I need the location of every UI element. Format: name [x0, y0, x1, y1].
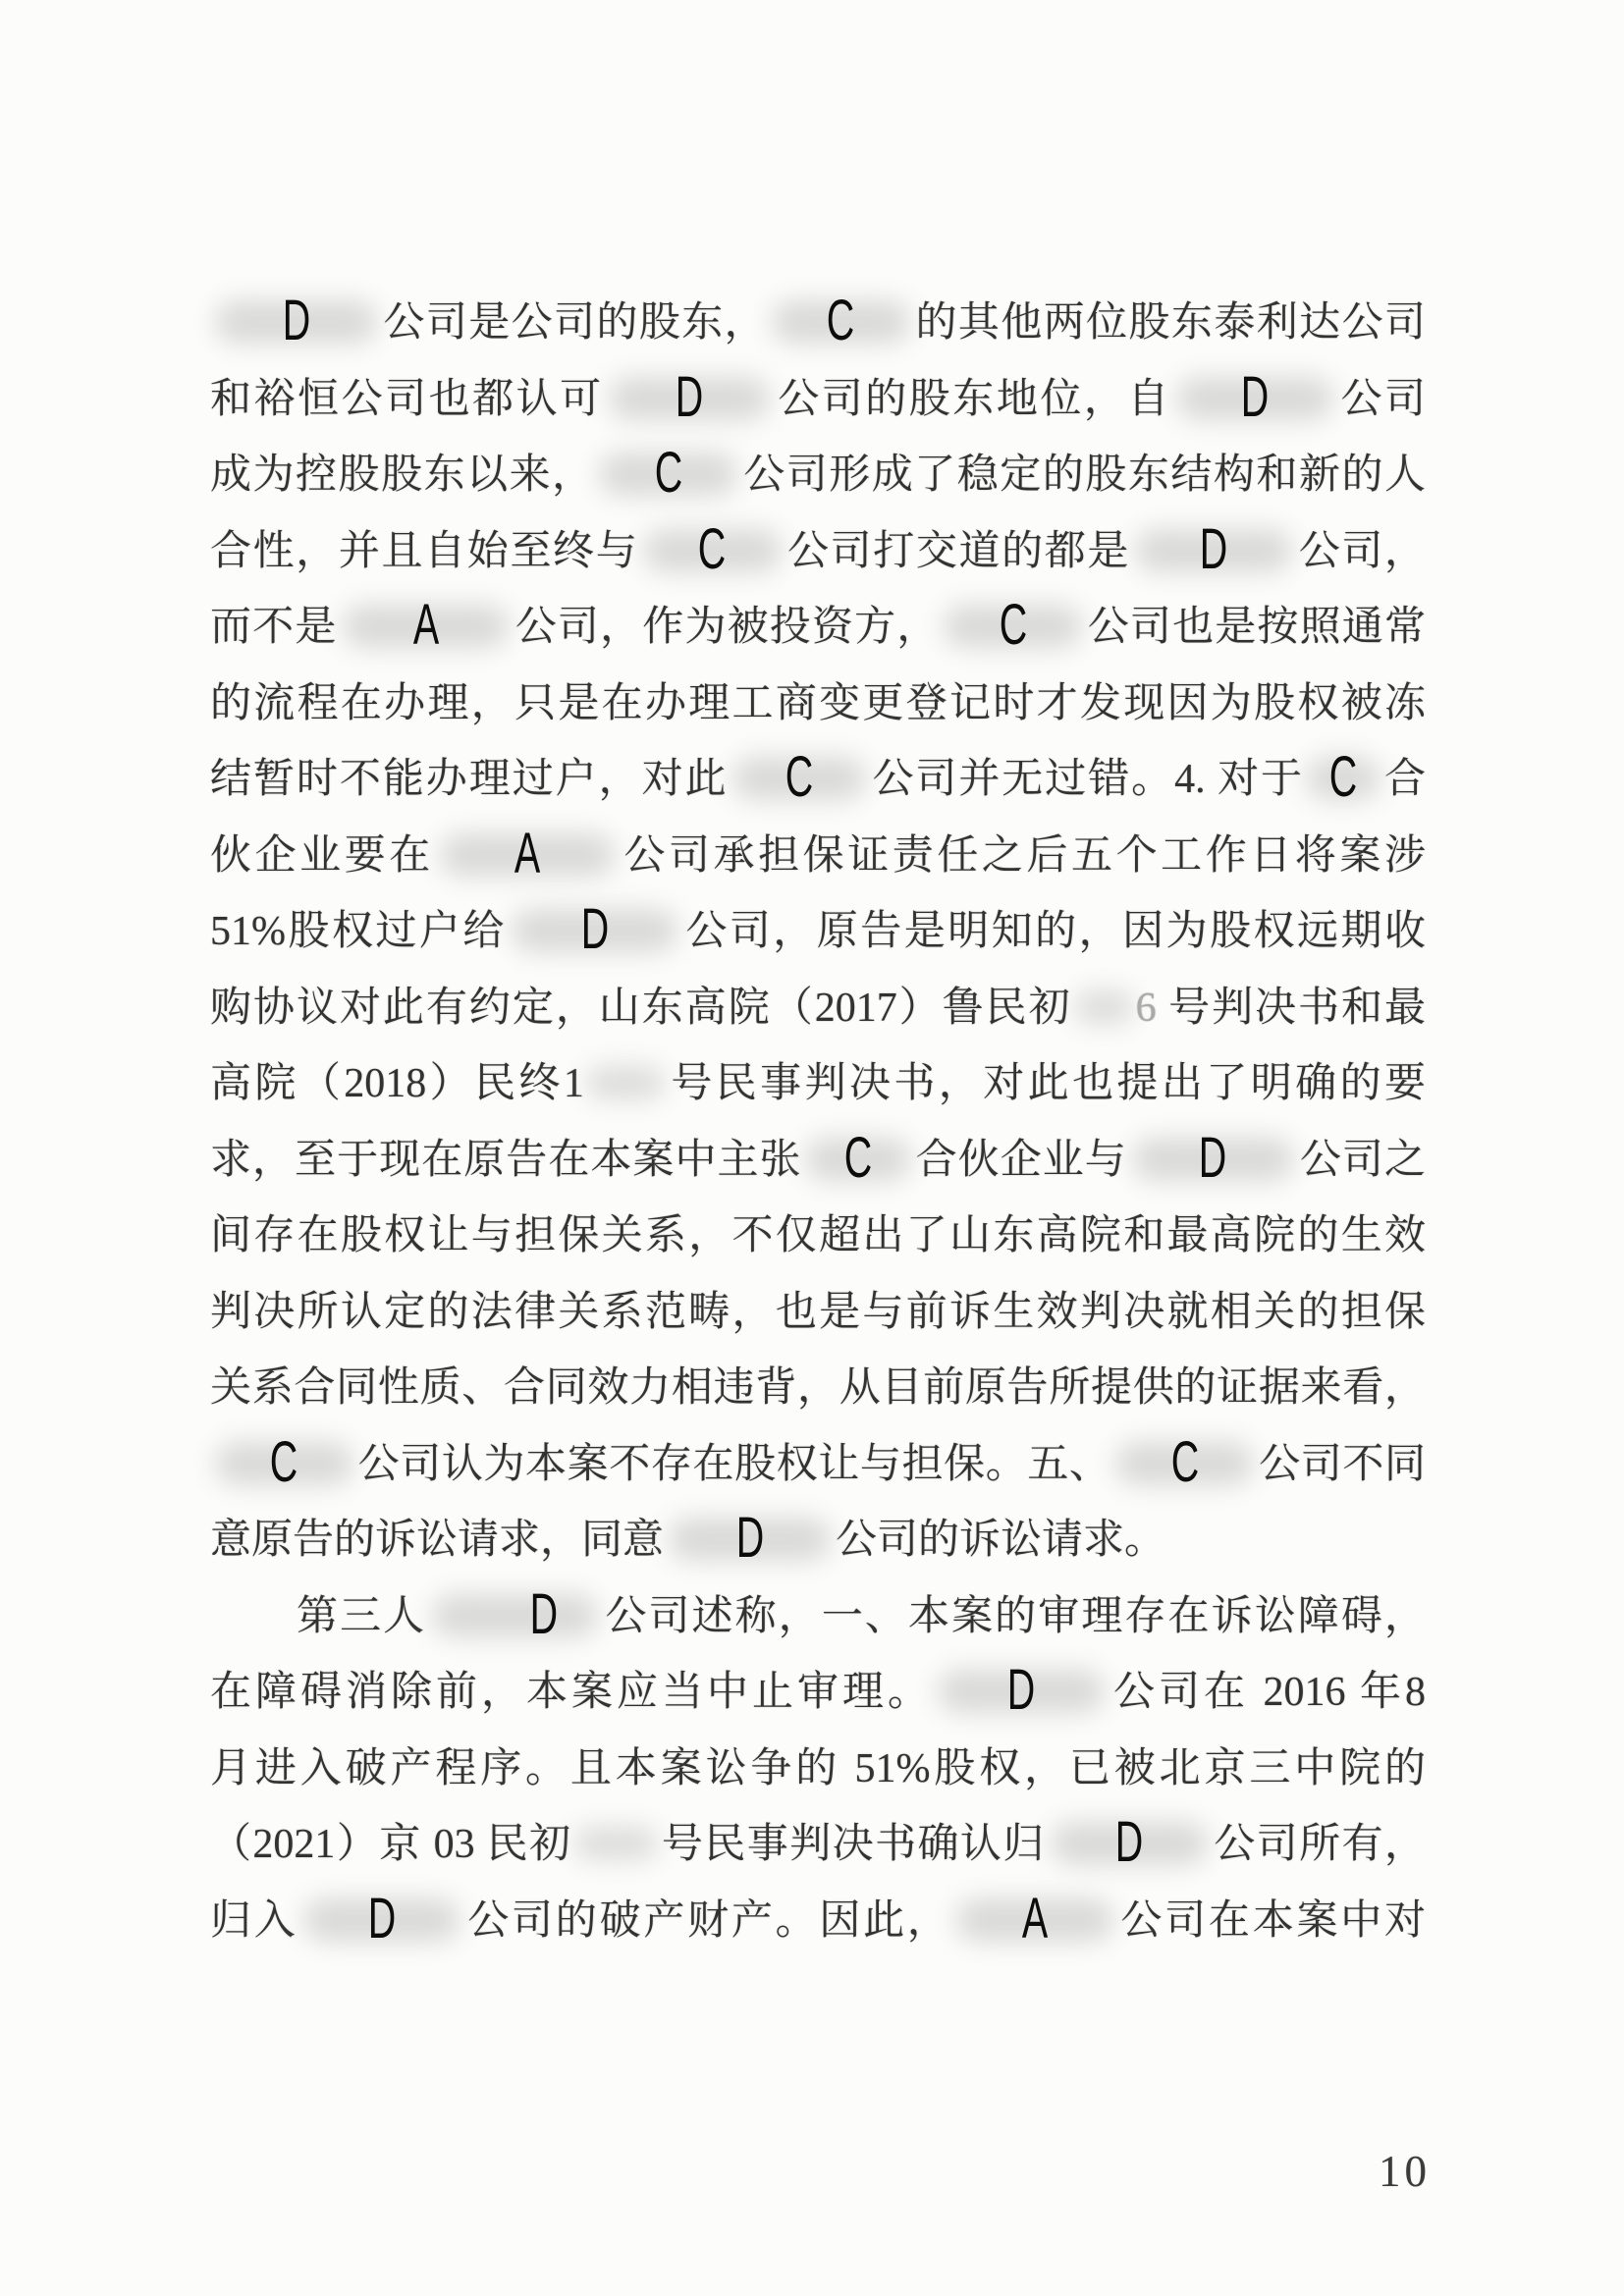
redaction-mark: C: [595, 446, 742, 503]
redaction-mark: D: [1171, 370, 1338, 427]
redaction-mark: D: [426, 1587, 603, 1644]
text-line: D公司是公司的股东，C的其他两位股东泰利达公司: [210, 286, 1426, 362]
redaction-mark: C: [767, 294, 914, 350]
text-run: 合伙企业与: [915, 1138, 1127, 1183]
text-line: 归入D公司的破产财产。因此，A公司在本案中对: [210, 1884, 1426, 1960]
redaction-letter: D: [581, 901, 609, 958]
text-run: 公司的股东地位，自: [776, 377, 1171, 422]
redaction-letter: A: [514, 826, 540, 882]
text-line: 而不是A公司，作为被投资方，C公司也是按照通常: [210, 590, 1426, 667]
redaction-letter: D: [1115, 1814, 1143, 1871]
redaction-mark: A: [951, 1892, 1118, 1949]
redaction-letter: C: [827, 293, 854, 349]
text-line: （2021）京 03 民初号民事判决书确认归D公司所有，: [210, 1807, 1426, 1884]
text-line: 间存在股权让与担保关系，不仅超出了山东高院和最高院的生效: [210, 1199, 1426, 1275]
document-body: D公司是公司的股东，C的其他两位股东泰利达公司和裕恒公司也都认可D公司的股东地位…: [210, 286, 1426, 1959]
text-run: 的流程在办理，只是在办理工商变更登记时才发现因为股权被冻: [210, 681, 1426, 726]
redaction-mark: D: [1130, 522, 1297, 579]
redaction-letter: C: [1329, 749, 1357, 806]
text-run: 意原告的诉讼请求，同意: [210, 1518, 664, 1563]
redaction-letter: D: [735, 1510, 763, 1567]
redaction-mark: D: [298, 1892, 465, 1949]
text-line: 求，至于现在原告在本案中主张C合伙企业与D公司之: [210, 1123, 1426, 1200]
text-run: 公司形成了稳定的股东结构和新的人: [742, 453, 1426, 498]
text-run: 号判决书和最: [1157, 986, 1426, 1031]
redaction-mark: C: [638, 522, 785, 579]
redaction-mark: D: [1046, 1815, 1213, 1872]
text-line: 在障碍消除前，本案应当中止审理。D公司在 2016 年8: [210, 1655, 1426, 1732]
text-line: 关系合同性质、合同效力相违背，从目前原告所提供的证据来看，: [210, 1351, 1426, 1427]
faint-digit: 6: [1136, 986, 1157, 1031]
redaction-letter: D: [1241, 369, 1269, 426]
text-run: 公司，作为被投资方，: [514, 605, 940, 650]
text-run: 合性，并且自始至终与: [210, 529, 638, 574]
text-line: 结暂时不能办理过户，对此C公司并无过错。4. 对于C合: [210, 742, 1426, 819]
text-run: 公司也是按照通常: [1087, 605, 1426, 650]
redaction-letter: C: [1170, 1434, 1198, 1491]
text-run: 公司认为本案不存在股权让与担保。五、: [357, 1442, 1111, 1487]
text-run: 号民事判决书，对此也提出了明确的要: [668, 1061, 1426, 1106]
text-run: 间存在股权让与担保关系，不仅超出了山东高院和最高院的生效: [210, 1213, 1426, 1258]
text-run: 号民事判决书确认归: [660, 1822, 1045, 1867]
text-run: 公司不同: [1259, 1442, 1426, 1487]
redaction-blur: [571, 1815, 660, 1872]
redaction-letter: D: [676, 369, 703, 426]
text-run: 公司的诉讼请求。: [836, 1518, 1165, 1563]
text-run: 51%股权过户给: [210, 909, 507, 954]
scanned-page: D公司是公司的股东，C的其他两位股东泰利达公司和裕恒公司也都认可D公司的股东地位…: [0, 0, 1624, 2296]
redaction-mark: D: [507, 902, 683, 959]
text-run: 公司在本案中对: [1118, 1898, 1426, 1944]
text-run: 公司: [1338, 377, 1426, 422]
text-line: 意原告的诉讼请求，同意D公司的诉讼请求。: [210, 1503, 1426, 1579]
redaction-mark: C: [1111, 1435, 1259, 1492]
text-run: 而不是: [210, 605, 338, 650]
text-run: 公司述称，一、本案的审理存在诉讼障碍，: [603, 1594, 1426, 1639]
text-run: 关系合同性质、合同效力相违背，从目前原告所提供的证据来看，: [210, 1365, 1426, 1411]
text-run: 和裕恒公司也都认可: [210, 377, 604, 422]
blur-smudge: [586, 1066, 665, 1099]
text-run: 判决所认定的法律关系范畴，也是与前诉生效判决就相关的担保: [210, 1290, 1426, 1335]
text-run: 公司是公司的股东，: [382, 300, 767, 346]
redaction-mark: C: [1304, 750, 1382, 807]
redaction-mark: D: [664, 1511, 836, 1568]
redaction-blur: [584, 1054, 668, 1111]
text-line: 和裕恒公司也都认可D公司的股东地位，自D公司: [210, 362, 1426, 439]
text-run: 公司并无过错。4. 对于: [870, 757, 1304, 802]
redaction-mark: A: [434, 827, 621, 883]
text-run: 在障碍消除前，本案应当中止审理。: [210, 1670, 933, 1715]
redaction-letter: D: [282, 293, 309, 349]
text-run: 归入: [210, 1898, 298, 1944]
redaction-mark: C: [802, 1131, 915, 1188]
blur-smudge: [574, 1827, 658, 1860]
text-line: 第三人D公司述称，一、本案的审理存在诉讼障碍，: [210, 1579, 1426, 1656]
text-line: 高院（2018）民终1号民事判决书，对此也提出了明确的要: [210, 1046, 1426, 1123]
text-line: 合性，并且自始至终与C公司打交道的都是D公司，: [210, 514, 1426, 591]
text-line: 购协议对此有约定，山东高院（2017）鲁民初6 号判决书和最: [210, 971, 1426, 1047]
text-line: 判决所认定的法律关系范畴，也是与前诉生效判决就相关的担保: [210, 1275, 1426, 1352]
redaction-letter: C: [999, 597, 1026, 654]
redaction-letter: D: [471, 1586, 558, 1643]
text-run: 公司之: [1299, 1138, 1426, 1183]
text-run: 公司所有，: [1213, 1822, 1426, 1867]
redaction-letter: D: [1199, 1130, 1226, 1187]
text-run: 公司承担保证责任之后五个工作日将案涉: [621, 833, 1426, 879]
text-line: 月进入破产程序。且本案讼争的 51%股权，已被北京三中院的: [210, 1732, 1426, 1808]
text-run: 结暂时不能办理过户，对此: [210, 757, 728, 802]
redaction-mark: A: [338, 598, 514, 655]
page-number: 10: [1379, 2146, 1431, 2197]
text-run: 合: [1382, 757, 1426, 802]
redaction-mark: C: [210, 1435, 357, 1492]
text-run: 公司在 2016 年8: [1110, 1670, 1426, 1715]
text-run: 的其他两位股东泰利达公司: [914, 300, 1426, 346]
redaction-letter: D: [1007, 1662, 1035, 1719]
redaction-mark: D: [1127, 1131, 1299, 1188]
redaction-letter: C: [785, 749, 813, 806]
text-run: 月进入破产程序。且本案讼争的 51%股权，已被北京三中院的: [210, 1746, 1426, 1791]
redaction-mark: D: [604, 370, 776, 427]
redaction-mark: C: [940, 598, 1087, 655]
text-line: 伙企业要在A公司承担保证责任之后五个工作日将案涉: [210, 819, 1426, 895]
text-run: 公司的破产财产。因此，: [465, 1898, 951, 1944]
text-run: 第三人: [297, 1594, 426, 1639]
text-run: 伙企业要在: [210, 833, 434, 879]
text-run: 求，至于现在原告在本案中主张: [210, 1138, 802, 1183]
text-run: 公司，原告是明知的，因为股权远期收: [683, 909, 1426, 954]
redaction-letter: A: [412, 597, 438, 654]
text-run: 成为控股股东以来，: [210, 453, 595, 498]
redaction-letter: D: [1200, 521, 1227, 578]
redaction-letter: D: [367, 1891, 395, 1948]
redaction-letter: C: [844, 1130, 872, 1187]
text-run: 高院（2018）民终1: [210, 1061, 584, 1106]
text-run: 公司，: [1297, 529, 1426, 574]
text-run: 公司打交道的都是: [785, 529, 1130, 574]
redaction-letter: C: [698, 521, 726, 578]
text-run: 购协议对此有约定，山东高院（2017）鲁民初: [210, 986, 1072, 1031]
redaction-mark: D: [210, 294, 382, 350]
redaction-letter: A: [1022, 1891, 1048, 1948]
text-line: 51%股权过户给D公司，原告是明知的，因为股权远期收: [210, 894, 1426, 971]
redaction-mark: C: [728, 750, 870, 807]
text-line: C公司认为本案不存在股权让与担保。五、C公司不同: [210, 1427, 1426, 1504]
blur-smudge: [1074, 990, 1134, 1024]
text-line: 成为控股股东以来，C公司形成了稳定的股东结构和新的人: [210, 438, 1426, 514]
text-line: 的流程在办理，只是在办理工商变更登记时才发现因为股权被冻: [210, 667, 1426, 743]
redaction-blur: [1072, 979, 1136, 1036]
redaction-letter: C: [270, 1434, 298, 1491]
redaction-letter: C: [654, 445, 681, 502]
redaction-mark: D: [933, 1663, 1110, 1720]
text-run: （2021）京 03 民初: [210, 1822, 571, 1867]
